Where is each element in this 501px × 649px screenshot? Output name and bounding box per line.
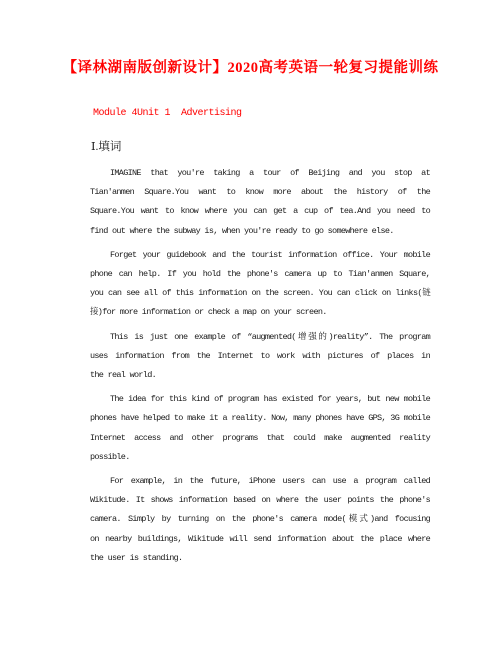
paragraph: The idea for this kind of program has ex…	[90, 390, 430, 467]
text-line: This is just one example of “augmented(增…	[90, 328, 430, 347]
paragraph: Forget your guidebook and the tourist in…	[90, 246, 430, 323]
text-line: possible.	[90, 448, 430, 467]
module-unit-heading: Module 4Unit 1 Advertising	[93, 108, 242, 119]
section-heading-fill-words: Ⅰ.填词	[91, 138, 121, 154]
text-line: you can see all of this information on t…	[90, 284, 430, 303]
text-line: The idea for this kind of program has ex…	[90, 390, 430, 409]
text-line: 接)for more information or check a map on…	[90, 303, 430, 322]
text-line: Forget your guidebook and the tourist in…	[90, 246, 430, 265]
text-line: IMAGINE that you're taking a tour of Bei…	[90, 164, 430, 183]
document-page: 【译林湖南版创新设计】2020高考英语一轮复习提能训练 Module 4Unit…	[0, 0, 501, 649]
text-line: Wikitude. It shows information based on …	[90, 491, 430, 510]
text-line: Tian'anmen Square.You want to know more …	[90, 183, 430, 202]
article-body: IMAGINE that you're taking a tour of Bei…	[90, 164, 430, 573]
paragraph: IMAGINE that you're taking a tour of Bei…	[90, 164, 430, 241]
text-line: For example, in the future, iPhone users…	[90, 472, 430, 491]
paragraph: This is just one example of “augmented(增…	[90, 328, 430, 386]
text-line: phone can help. If you hold the phone's …	[90, 265, 430, 284]
paragraph: For example, in the future, iPhone users…	[90, 472, 430, 568]
text-line: Square.You want to know where you can ge…	[90, 202, 430, 221]
text-line: Internet access and other programs that …	[90, 429, 430, 448]
document-title: 【译林湖南版创新设计】2020高考英语一轮复习提能训练	[0, 59, 501, 77]
text-line: camera. Simply by turning on the phone's…	[90, 510, 430, 529]
text-line: uses information from the Internet to wo…	[90, 347, 430, 366]
text-line: the real world.	[90, 366, 430, 385]
text-line: on nearby buildings, Wikitude will send …	[90, 530, 430, 549]
text-line: phones have helped to make it a reality.…	[90, 409, 430, 428]
text-line: find out where the subway is, when you'r…	[90, 222, 430, 241]
text-line: the user is standing.	[90, 549, 430, 568]
